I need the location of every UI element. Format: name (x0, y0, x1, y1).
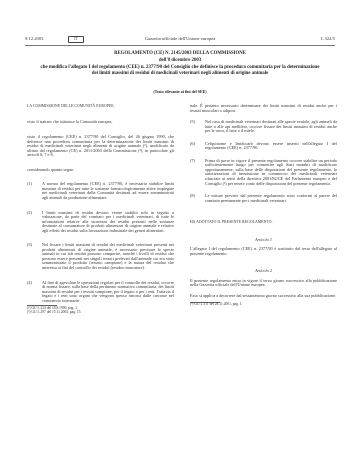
recital: (8) Le misure previste dal presente rego… (190, 194, 337, 203)
recital-text: A norma del regolamento (CEE) n. 2377/90… (42, 182, 174, 200)
recital: (4) Al fine di agevolare le operazioni r… (27, 281, 174, 304)
regulation-subject: che modifica l'allegato I del regolament… (40, 65, 320, 76)
citation-regulation: visto il regolamento (CEE) n. 2377/90 de… (27, 135, 174, 158)
recital: (6) Cefquinome e Imidocarb devono essere… (190, 142, 337, 151)
footnote: (³) GU L 311 del 28.11.2001, pag. 1. (190, 302, 337, 306)
article-2-application: Esso si applica a decorrere dal sessante… (190, 294, 337, 299)
page-reference: L 322/5 (321, 36, 335, 42)
recital-number: (2) (27, 211, 32, 216)
recital: (2) I limiti massimi di residui devono v… (27, 211, 174, 234)
recital-number: (4) (27, 281, 32, 286)
recital-text: Le misure previste dal presente regolame… (205, 194, 337, 203)
left-column: LA COMMISSIONE DELLE COMUNITÀ EUROPEE, v… (27, 104, 174, 314)
recital-text: I limiti massimi di residui devono venir… (42, 211, 174, 234)
recital-number: (6) (190, 142, 195, 147)
article-1-text: L'allegato I del regolamento (CEE) n. 23… (190, 247, 337, 256)
recital-text: Nel caso di medicinali veterinari destin… (205, 120, 337, 134)
recital-number: (7) (190, 159, 195, 164)
header-divider (25, 45, 335, 46)
recital-number: (8) (190, 194, 195, 199)
footnote: (²) GU L 297 del 15.11.2003, pag. 15. (27, 310, 174, 314)
continuation-text: nale. È pertanto necessario determinare … (190, 104, 337, 113)
recital-number: (3) (27, 243, 32, 248)
journal-title: Gazzetta ufficiale dell'Unione europea (25, 36, 335, 42)
right-column: nale. È pertanto necessario determinare … (190, 104, 337, 306)
recital: (5) Nel caso di medicinali veterinari de… (190, 120, 337, 134)
recital: (1) A norma del regolamento (CEE) n. 237… (27, 182, 174, 200)
recital-text: Nel fissare i limiti massimi di residui … (42, 243, 174, 270)
document-page: 9.12.2003 IT Gazzetta ufficiale dell'Uni… (0, 0, 360, 466)
recital-text: Prima di porre in vigore il presente reg… (205, 159, 337, 186)
recital-text: Cefquinome e Imidocarb devono essere ins… (205, 142, 337, 151)
regulation-date: dell'8 dicembre 2003 (40, 58, 320, 64)
recital: (3) Nel fissare i limiti massimi di resi… (27, 243, 174, 270)
article-2-text: Il presente regolamento entra in vigore … (190, 279, 337, 288)
eea-relevance-note: (Testo rilevante ai fini del SEE) (40, 89, 320, 95)
recital-text: Al fine di agevolare le operazioni regol… (42, 281, 174, 304)
regulation-title: REGOLAMENTO (CE) N. 2145/2003 DELLA COMM… (40, 51, 320, 57)
recital: (7) Prima di porre in vigore il presente… (190, 159, 337, 186)
recital-number: (5) (190, 120, 195, 125)
recital-number: (1) (27, 182, 32, 187)
